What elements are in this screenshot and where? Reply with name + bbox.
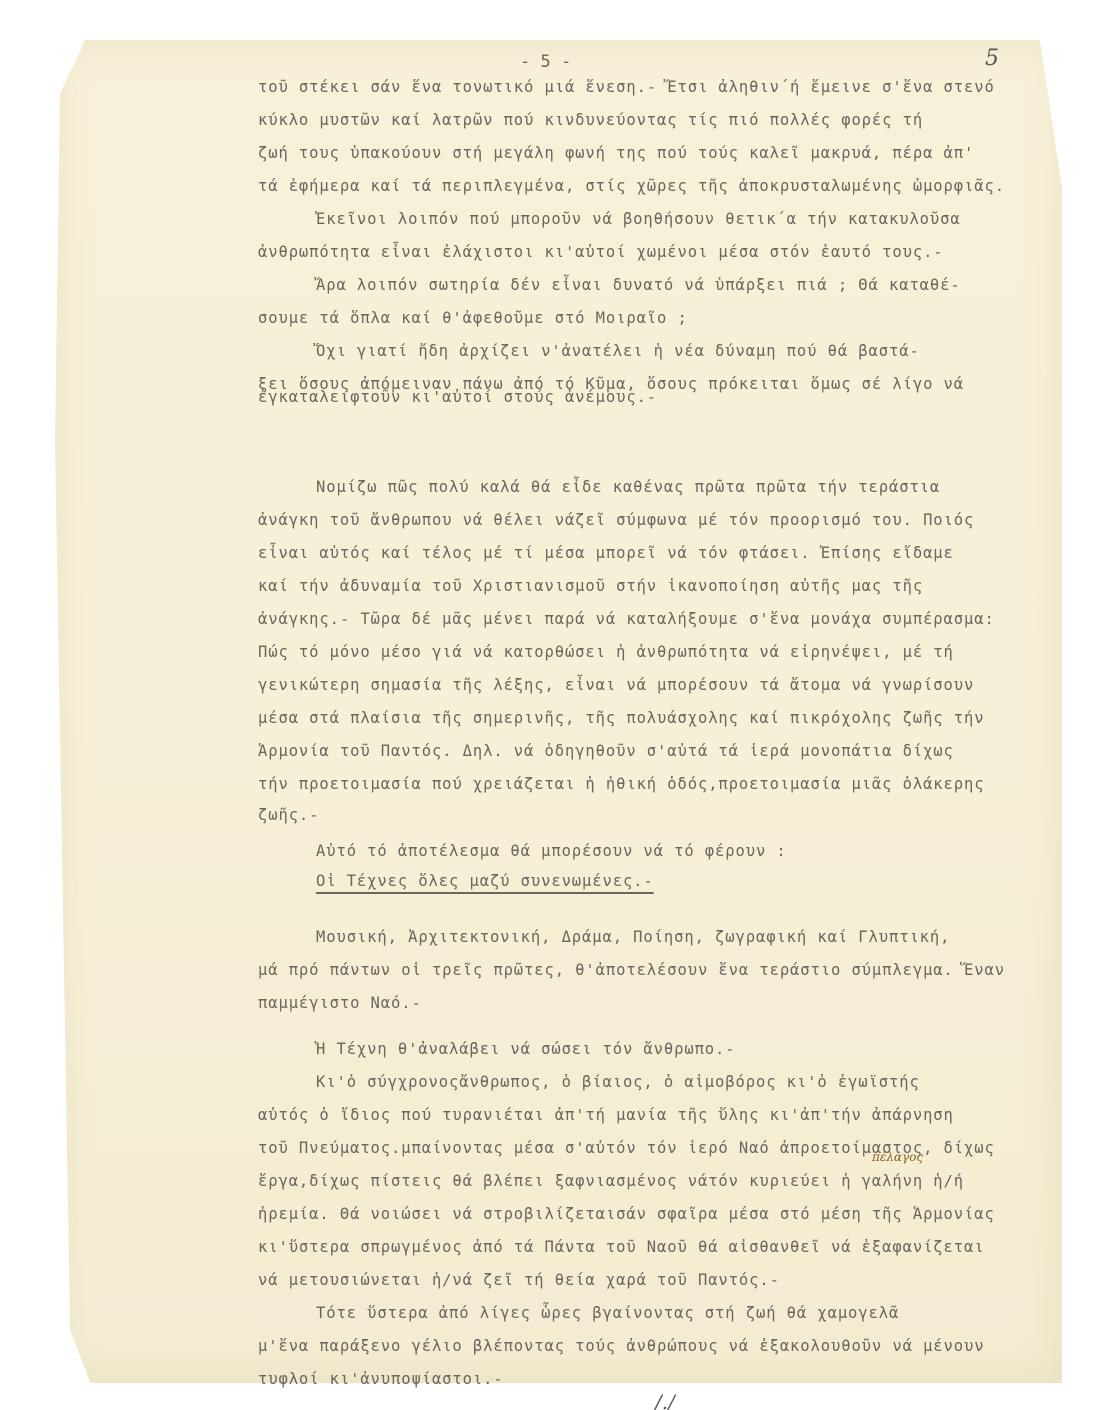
text-line: ἔργα,δίχως πίστεις θά βλέπει ξαφνιασμένο…	[258, 1172, 964, 1190]
handwritten-page-number: 5	[985, 46, 999, 71]
text-line: μ'ἕνα παράξενο γέλιο βλέποντας τούς ἀνθρ…	[258, 1337, 984, 1355]
text-line: Ἄρα λοιπόν σωτηρία δέν εἶναι δυνατό νά ὑ…	[316, 276, 961, 294]
text-line: Ἁρμονία τοῦ Παντός. Δηλ. νά ὁδηγηθοῦν σ'…	[258, 742, 954, 760]
text-line: Ἡ Τέχνη θ'ἀναλάβει νά σώσει τόν ἄνθρωπο.…	[316, 1040, 736, 1058]
text-line: ἀνάγκης.- Τῶρα δέ μᾶς μένει παρά νά κατα…	[258, 610, 995, 628]
text-line: Πώς τό μόνο μέσο γιά νά κατορθώσει ἡ ἀνθ…	[258, 643, 954, 661]
end-mark: /./	[655, 1390, 675, 1410]
text-line: Νομίζω πῶς πολύ καλά θά εἶδε καθένας πρῶ…	[316, 478, 940, 496]
text-line: αὐτός ὁ ἴδιος πού τυρανιέται ἀπ'τή μανία…	[258, 1106, 954, 1124]
text-line: ἀνάγκη τοῦ ἄνθρωπου νά θέλει νάζεῖ σύμφω…	[258, 511, 974, 529]
text-line: Μουσική, Ἀρχιτεκτονική, Δράμα, Ποίηση, ζ…	[316, 928, 950, 946]
text-line: ἐγκαταλειφτοῦν κι'αὐτοί στούς ἀνέμους.-	[258, 388, 657, 406]
text-line: παμμέγιστο Ναό.-	[258, 994, 422, 1012]
text-line: κι'ὕστερα σπρωγμένος ἀπό τά Πάντα τοῦ Να…	[258, 1238, 984, 1256]
text-line: τά ἐφήμερα καί τά περιπλεγμένα, στίς χῶρ…	[258, 177, 1005, 195]
text-line: τήν προετοιμασία πού χρειάζεται ἡ ἠθική …	[258, 775, 984, 793]
text-line: κύκλο μυστῶν καί λατρῶν πού κινδυνεύοντα…	[258, 111, 923, 129]
text-line: Ὄχι γιατί ἤδη ἀρχίζει ν'ἀνατέλει ἡ νέα δ…	[316, 342, 920, 360]
text-line: τοῦ στέκει σάν ἕνα τονωτικό μιά ἕνεση.- …	[258, 78, 995, 96]
text-line: ζωή τους ὑπακούουν στή μεγάλη φωνή της π…	[258, 144, 974, 162]
text-line: εἶναι αὐτός καί τέλος μέ τί μέσα μπορεῖ …	[258, 544, 954, 562]
text-line: ζωῆς.-	[258, 806, 319, 824]
text-line: ἠρεμία. Θά νοιώσει νά στροβιλίζεταισάν σ…	[258, 1205, 995, 1223]
text-line: καί τήν ἀδυναμία τοῦ Χριστιανισμοῦ στήν …	[258, 577, 923, 595]
text-line: γενικώτερη σημασία τῆς λέξης, εἶναι νά μ…	[258, 676, 974, 694]
underlined-heading: Οἱ Τέχνες ὅλες μαζύ συνενωμένες.-	[316, 872, 654, 890]
text-line: Αὐτό τό ἀποτέλεσμα θά μπορέσουν νά τό φέ…	[316, 842, 787, 860]
text-line: σουμε τά ὅπλα καί θ'ἀφεθοῦμε στό Μοιραῖο…	[258, 309, 688, 327]
text-line: Ἐκεῖνοι λοιπόν πού μποροῦν νά βοηθήσουν …	[316, 210, 961, 228]
text-line: τυφλοί κι'ἀνυποψίαστοι.-	[258, 1370, 504, 1388]
typed-page-number: - 5 -	[520, 52, 571, 72]
text-line: μέσα στά πλαίσια τῆς σημερινῆς, τῆς πολυ…	[258, 709, 984, 727]
handwritten-annotation: πέλαγος	[872, 1150, 923, 1164]
text-line: μά πρό πάντων οἱ τρεῖς πρῶτες, θ'ἀποτελέ…	[258, 961, 1005, 979]
text-line: Κι'ὁ σύγχρονοςἄνθρωπος, ὁ βίαιος, ὁ αἱμο…	[316, 1073, 920, 1091]
text-line: νά μετουσιώνεται ἡ/νά ζεῖ τή θεία χαρά τ…	[258, 1271, 780, 1289]
text-line: ἀνθρωπότητα εἶναι ἐλάχιστοι κι'αὐτοί χωμ…	[258, 243, 944, 261]
text-line: Τότε ὕστερα ἀπό λίγες ὧρες βγαίνοντας στ…	[316, 1304, 899, 1322]
